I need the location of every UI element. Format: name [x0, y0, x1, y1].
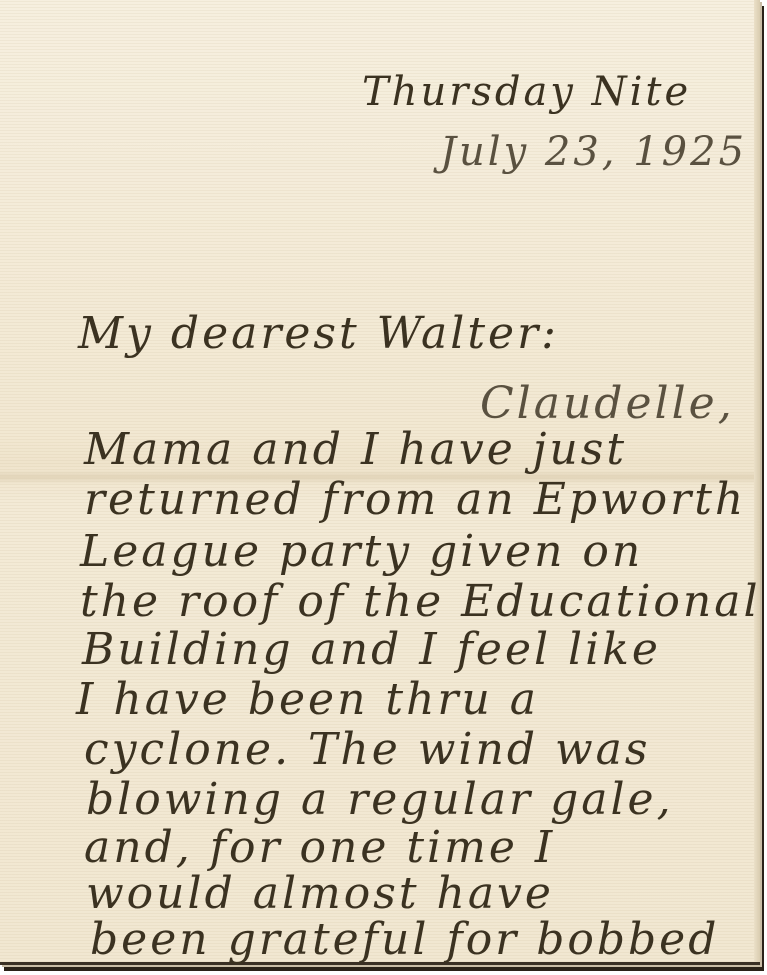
letter-salutation: My dearest Walter:	[78, 312, 559, 356]
paper-right-edge	[754, 0, 760, 965]
letter-line-12: been grateful for bobbed	[90, 918, 719, 962]
letter-page: Thursday Nite July 23, 1925 My dearest W…	[0, 0, 760, 965]
letter-date: July 23, 1925	[440, 132, 747, 172]
letter-line-4: League party given on	[80, 530, 643, 574]
letter-line-1: Claudelle,	[480, 382, 735, 426]
letter-line-8: cyclone. The wind was	[84, 728, 650, 772]
letter-line-3: returned from an Epworth	[84, 478, 746, 522]
letter-line-10: and, for one time I	[84, 826, 555, 870]
letter-line-6: Building and I feel like	[82, 628, 661, 672]
letter-line-2: Mama and I have just	[84, 428, 627, 472]
letter-line-11: would almost have	[86, 872, 554, 916]
letter-line-9: blowing a regular gale,	[86, 778, 674, 822]
letter-line-7: I have been thru a	[76, 678, 539, 722]
letter-day: Thursday Nite	[362, 72, 691, 112]
letter-line-5: the roof of the Educational	[80, 580, 761, 624]
